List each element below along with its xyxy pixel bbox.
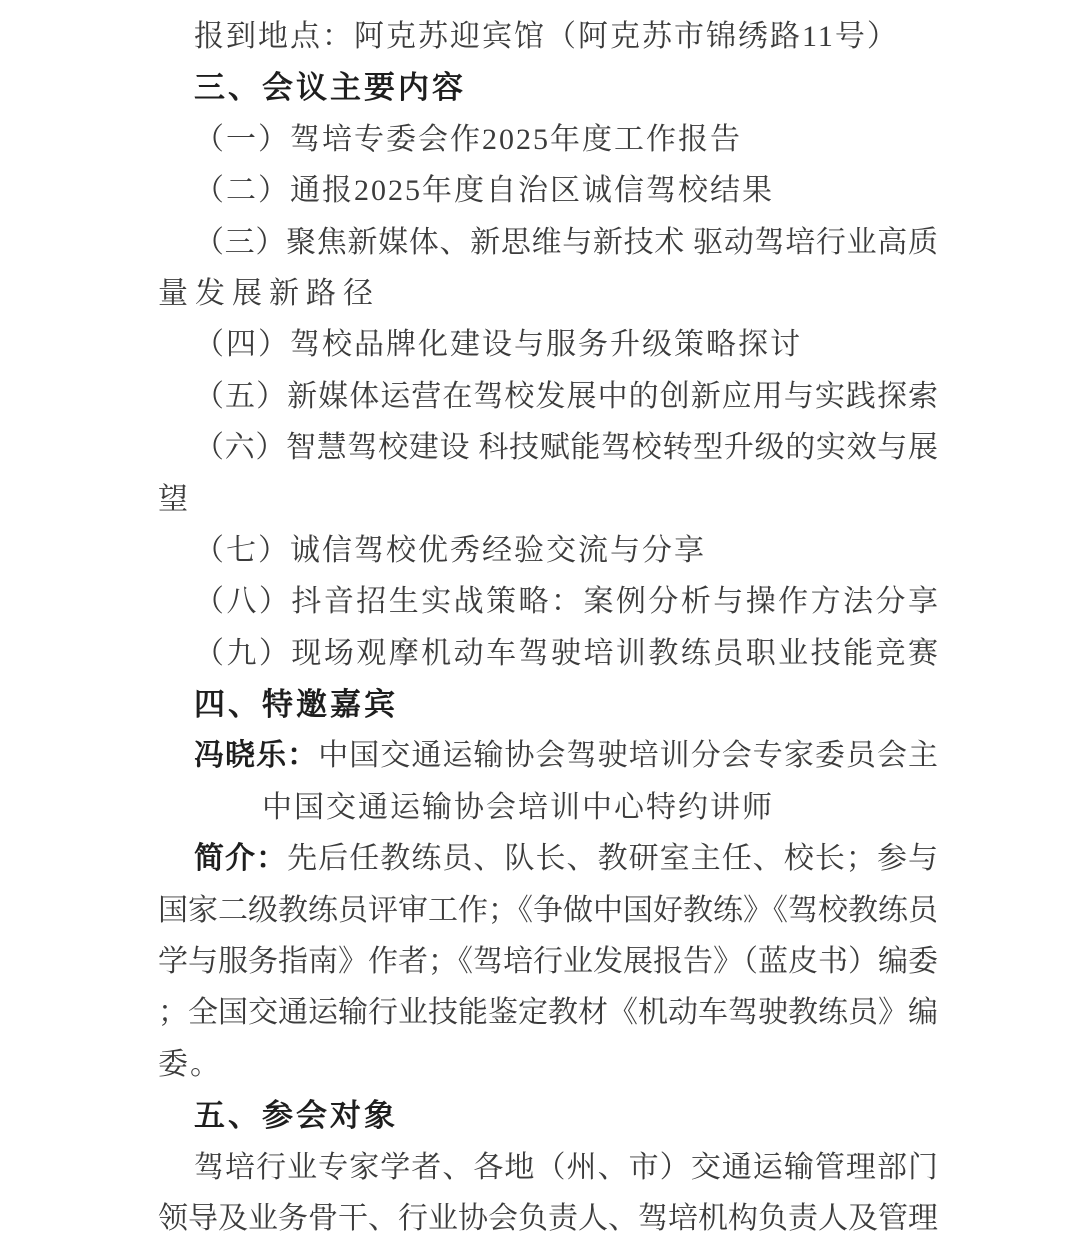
- agenda-item-6: （六）智慧驾校建设 科技赋能驾校转型升级的实效与展: [158, 422, 938, 473]
- heading-section-four: 四、特邀嘉宾: [158, 679, 938, 730]
- agenda-item-6-wrap: 望: [158, 474, 938, 525]
- agenda-item-7: （七）诚信驾校优秀经验交流与分享: [158, 525, 938, 576]
- agenda-item-8: （八）抖音招生实战策略：案例分析与操作方法分享: [158, 576, 938, 627]
- agenda-item-3: （三）聚焦新媒体、新思维与新技术 驱动驾培行业高质: [158, 217, 938, 268]
- agenda-item-3-wrap: 量发展新路径: [158, 268, 938, 319]
- guest-bio-line-3: 学与服务指南》作者；《驾培行业发展报告》（蓝皮书）编委: [158, 936, 938, 987]
- agenda-item-1: （一）驾培专委会作2025年度工作报告: [158, 114, 938, 165]
- document-body: 报到地点：阿克苏迎宾馆（阿克苏市锦绣路11号）三、会议主要内容（一）驾培专委会作…: [0, 0, 1080, 1244]
- document-page: 报到地点：阿克苏迎宾馆（阿克苏市锦绣路11号）三、会议主要内容（一）驾培专委会作…: [0, 0, 1080, 1247]
- guest-name-line: 冯晓乐：中国交通运输协会驾驶培训分会专家委员会主任: [158, 730, 938, 781]
- guest-bio-line-2: 国家二级教练员评审工作；《争做中国好教练》《驾校教练员教: [158, 885, 938, 936]
- line-bold-label: 冯晓乐：: [194, 739, 318, 772]
- agenda-item-9: （九）现场观摩机动车驾驶培训教练员职业技能竞赛: [158, 628, 938, 679]
- agenda-item-4: （四）驾校品牌化建设与服务升级策略探讨: [158, 319, 938, 370]
- line-bold-label: 简介：: [194, 842, 287, 875]
- line-text: 先后任教练员、队长、教研室主任、校长；参与: [287, 842, 938, 875]
- participants-line-1: 驾培行业专家学者、各地（州、市）交通运输管理部门: [158, 1142, 938, 1193]
- guest-bio-line-4: ；全国交通运输行业技能鉴定教材《机动车驾驶教练员》编: [158, 987, 938, 1038]
- agenda-item-5: （五）新媒体运营在驾校发展中的创新应用与实践探索: [158, 371, 938, 422]
- registration-location-line: 报到地点：阿克苏迎宾馆（阿克苏市锦绣路11号）: [158, 11, 938, 62]
- guest-bio-line-5: 委。: [158, 1039, 938, 1090]
- heading-section-three: 三、会议主要内容: [158, 62, 938, 113]
- participants-line-2: 领导及业务骨干、行业协会负责人、驾培机构负责人及管理: [158, 1193, 938, 1244]
- guest-title-line: 中国交通运输协会培训中心特约讲师: [158, 782, 938, 833]
- heading-section-five: 五、参会对象: [158, 1090, 938, 1141]
- agenda-item-2: （二）通报2025年度自治区诚信驾校结果: [158, 165, 938, 216]
- guest-bio-line-1: 简介：先后任教练员、队长、教研室主任、校长；参与: [158, 833, 938, 884]
